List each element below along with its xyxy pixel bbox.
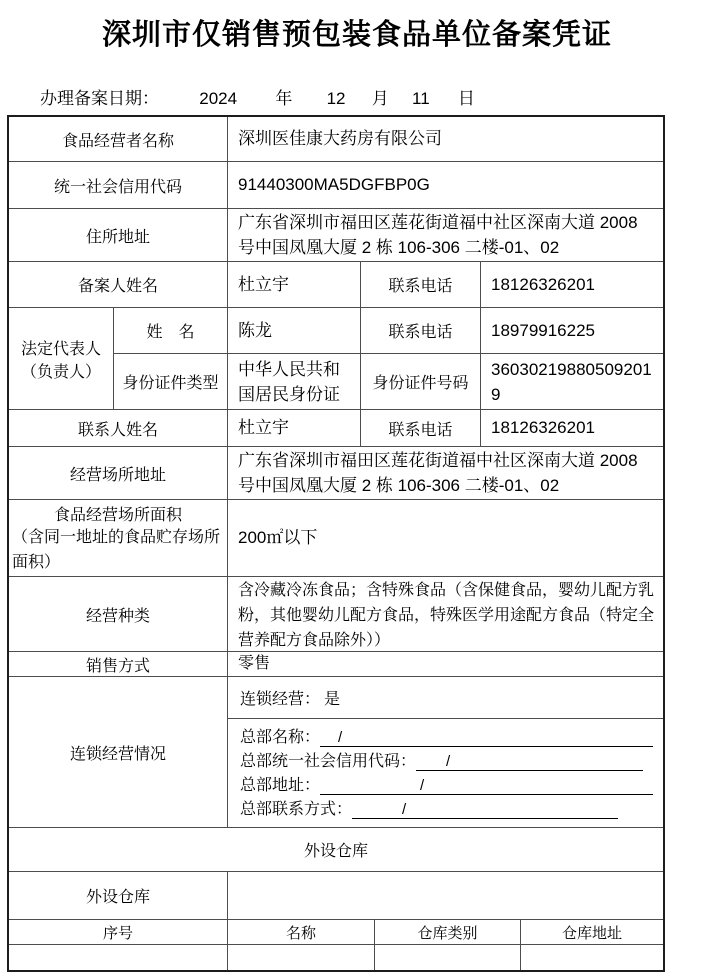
hq-name-blank: /: [320, 729, 653, 747]
filing-date-year-unit: 年: [275, 89, 292, 108]
filing-date-label: 办理备案日期：: [40, 89, 159, 108]
contact-phone-label: 联系电话: [361, 410, 481, 446]
is-chain-value: 是: [324, 686, 340, 709]
legal-rep-phone-value: 18979916225: [481, 308, 663, 353]
residence-address-value: 广东省深圳市福田区莲花街道福中社区深南大道 2008 号中国凤凰大厦 2 栋 1…: [228, 209, 663, 261]
is-chain-label: 连锁经营：: [240, 686, 320, 709]
contact-name-value: 杜立宇: [228, 410, 361, 446]
premises-address-value: 广东省深圳市福田区莲花街道福中社区深南大道 2008 号中国凤凰大厦 2 栋 1…: [228, 447, 663, 499]
id-number-value: 360302198805092019: [481, 354, 663, 409]
hq-contact-blank: /: [352, 801, 618, 819]
legal-rep-label-line1: 法定代表人: [21, 336, 101, 359]
business-categories-value: 含冷藏冷冻食品；含特殊食品（含保健食品，婴幼儿配方乳粉，其他婴幼儿配方食品，特殊…: [228, 577, 663, 651]
filer-phone-value: 18126326201: [481, 262, 663, 307]
chain-operation-details: 连锁经营： 是 总部名称： / 总部统一社会信用代码： /: [228, 677, 663, 827]
hq-contact-label: 总部联系方式：: [240, 796, 352, 819]
warehouse-empty-address: [521, 945, 663, 970]
warehouse-empty-type: [375, 945, 521, 970]
warehouse-empty-name: [228, 945, 375, 970]
premises-area-value: 200㎡以下: [228, 500, 663, 576]
legal-rep-details: 姓 名 陈龙 联系电话 18979916225 身份证件类型 中华人民共和国居民…: [114, 308, 663, 409]
hq-fields: 总部名称： / 总部统一社会信用代码： / 总部地址：: [228, 719, 663, 827]
row-premises-address: 经营场所地址 广东省深圳市福田区莲花街道福中社区深南大道 2008 号中国凤凰大…: [9, 447, 663, 500]
filing-date-month: 12: [327, 89, 346, 108]
row-credit-code: 统一社会信用代码 91440300MA5DGFBP0G: [9, 162, 663, 209]
chain-operation-label: 连锁经营情况: [9, 677, 228, 827]
warehouse-header-type: 仓库类别: [375, 920, 521, 944]
id-number-label: 身份证件号码: [361, 354, 481, 409]
filing-date-day: 11: [412, 89, 430, 108]
warehouse-header-seq: 序号: [9, 920, 228, 944]
warehouse-row-empty-cell: [228, 872, 663, 919]
filing-date-year: 2024: [199, 89, 237, 108]
row-warehouse-headers: 序号 名称 仓库类别 仓库地址: [9, 920, 663, 945]
premises-area-label-line2: （含同一地址的食品贮存场所面积）: [12, 525, 224, 575]
operator-name-label: 食品经营者名称: [9, 117, 228, 161]
row-premises-area: 食品经营场所面积 （含同一地址的食品贮存场所面积） 200㎡以下: [9, 500, 663, 577]
premises-address-label: 经营场所地址: [9, 447, 228, 499]
legal-rep-label-line2: （负责人）: [21, 359, 101, 382]
filing-date-row: 办理备案日期： 2024 年 12 月 11 日: [40, 84, 475, 109]
row-filer: 备案人姓名 杜立宇 联系电话 18126326201: [9, 262, 663, 308]
row-warehouse-empty: [9, 945, 663, 970]
row-legal-representative: 法定代表人 （负责人） 姓 名 陈龙 联系电话 18979916225 身份证件…: [9, 308, 663, 410]
business-categories-label: 经营种类: [9, 577, 228, 651]
hq-address-value: /: [420, 777, 424, 794]
row-chain-operation: 连锁经营情况 连锁经营： 是 总部名称： / 总部统一社会信用代码：: [9, 677, 663, 828]
row-residence-address: 住所地址 广东省深圳市福田区莲花街道福中社区深南大道 2008 号中国凤凰大厦 …: [9, 209, 663, 262]
id-type-label: 身份证件类型: [114, 354, 228, 409]
contact-name-label: 联系人姓名: [9, 410, 228, 446]
certificate-table: 食品经营者名称 深圳医佳康大药房有限公司 统一社会信用代码 91440300MA…: [7, 115, 665, 972]
filing-date-month-unit: 月: [372, 89, 389, 108]
credit-code-label: 统一社会信用代码: [9, 162, 228, 208]
id-type-value: 中华人民共和国居民身份证: [228, 354, 361, 409]
row-business-categories: 经营种类 含冷藏冷冻食品；含特殊食品（含保健食品，婴幼儿配方乳粉，其他婴幼儿配方…: [9, 577, 663, 652]
premises-area-label-line1: 食品经营场所面积: [12, 502, 224, 525]
warehouse-row-label: 外设仓库: [9, 872, 228, 919]
filer-phone-label: 联系电话: [361, 262, 481, 307]
hq-name-value: /: [338, 729, 342, 746]
row-sales-mode: 销售方式 零售: [9, 652, 663, 677]
hq-name-label: 总部名称：: [240, 724, 320, 747]
contact-phone-value: 18126326201: [481, 410, 663, 446]
filing-date-day-unit: 日: [458, 89, 475, 108]
legal-rep-id-row: 身份证件类型 中华人民共和国居民身份证 身份证件号码 3603021988050…: [114, 354, 663, 409]
warehouse-header-name: 名称: [228, 920, 375, 944]
row-contact-person: 联系人姓名 杜立宇 联系电话 18126326201: [9, 410, 663, 447]
hq-address-label: 总部地址：: [240, 772, 320, 795]
legal-rep-name-label: 姓 名: [114, 308, 228, 353]
certificate-page: 深圳市仅销售预包装食品单位备案凭证 办理备案日期： 2024 年 12 月 11…: [0, 0, 714, 975]
filer-name-value: 杜立宇: [228, 262, 361, 307]
premises-area-label: 食品经营场所面积 （含同一地址的食品贮存场所面积）: [9, 500, 228, 576]
is-chain-line: 连锁经营： 是: [228, 677, 663, 719]
hq-address-blank: /: [320, 777, 653, 795]
row-warehouse-section: 外设仓库: [9, 828, 663, 872]
sales-mode-label: 销售方式: [9, 652, 228, 676]
hq-code-value: /: [446, 753, 450, 770]
hq-code-blank: /: [416, 753, 643, 771]
hq-address-line: 总部地址： /: [240, 771, 663, 795]
legal-rep-label: 法定代表人 （负责人）: [9, 308, 114, 409]
hq-code-line: 总部统一社会信用代码： /: [240, 747, 663, 771]
sales-mode-value: 零售: [228, 652, 663, 676]
legal-rep-name-value: 陈龙: [228, 308, 361, 353]
filer-name-label: 备案人姓名: [9, 262, 228, 307]
residence-address-label: 住所地址: [9, 209, 228, 261]
operator-name-value: 深圳医佳康大药房有限公司: [228, 117, 663, 161]
row-warehouse-label: 外设仓库: [9, 872, 663, 920]
hq-code-label: 总部统一社会信用代码：: [240, 748, 416, 771]
row-operator-name: 食品经营者名称 深圳医佳康大药房有限公司: [9, 117, 663, 162]
legal-rep-name-row: 姓 名 陈龙 联系电话 18979916225: [114, 308, 663, 354]
warehouse-empty-seq: [9, 945, 228, 970]
credit-code-value: 91440300MA5DGFBP0G: [228, 162, 663, 208]
warehouse-header-address: 仓库地址: [521, 920, 663, 944]
hq-contact-value: /: [402, 801, 406, 818]
hq-name-line: 总部名称： /: [240, 723, 663, 747]
legal-rep-phone-label: 联系电话: [361, 308, 481, 353]
hq-contact-line: 总部联系方式： /: [240, 795, 663, 819]
page-title: 深圳市仅销售预包装食品单位备案凭证: [0, 12, 714, 53]
warehouse-section-title: 外设仓库: [9, 828, 663, 871]
